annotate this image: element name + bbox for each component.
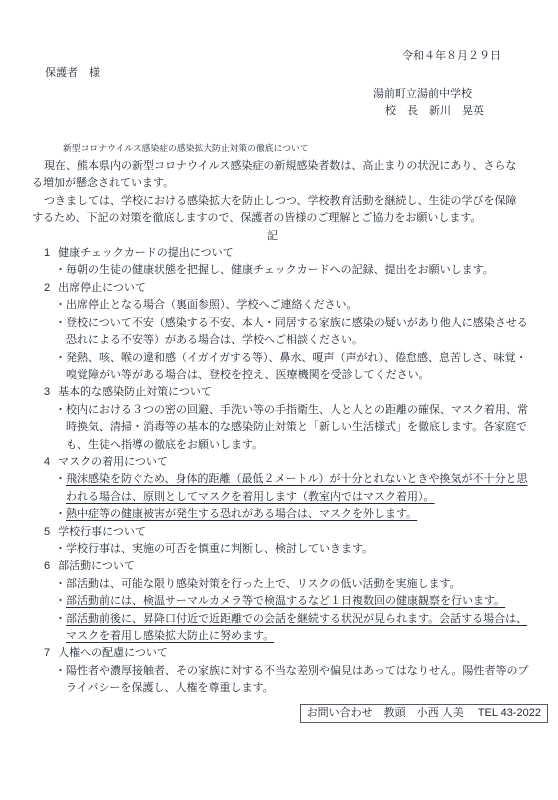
list-number: 5 [44, 526, 50, 538]
principal-name: 校 長 新川 晃英 [385, 103, 558, 120]
bullet-text: 学校行事は、実施の可否を慎重に判断し、検討していきます。 [66, 543, 373, 555]
bullet-marker: ・ [55, 508, 66, 520]
body-line: ・部活動前後に、昇降口付近で近距離での会話を継続する状況が見られます。会話する場… [55, 611, 558, 628]
bullet-text-continuation: われる場合は、原則としてマスクを着用します（教室内ではマスク着用）。 [66, 489, 558, 506]
body-line: 7人権への配慮について [44, 645, 558, 662]
body-line: 1健康チェックカードの提出について [44, 245, 558, 262]
document-title: 新型コロナウイルス感染症の感染拡大防止対策の徹底について [63, 140, 558, 157]
body-line: ・部活動前には、検温サーマルカメラ等で検温するなど１日複数回の健康観察を行います… [55, 593, 558, 610]
paragraph-line: 現在、熊本県内の新型コロナウイルス感染症の新規感染者数は、高止まりの状況にあり、… [44, 158, 558, 175]
body-line: 5学校行事について [44, 524, 558, 541]
document-page: 令和４年８月２９日 保護者 様 湯前町立湯前中学校 校 長 新川 晃英 新型コロ… [0, 0, 558, 800]
bullet-text: 陽性者や濃厚接触者、その家族に対する不当な差別や偏見はあってはなりせん。陽性者等… [66, 665, 529, 677]
section-heading: 人権への配慮について [58, 647, 168, 659]
body-line: ・登校について不安（感染する不安、本人・同居する家族に感染の疑いがあり他人に感染… [55, 315, 558, 332]
bullet-text-continuation: 時換気、清掃・消毒等の基本的な感染防止対策と「新しい生活様式」を徹底します。各家… [66, 419, 558, 436]
bullet-text: 出席停止となる場合（裏面参照）、学校へご連絡ください。 [66, 299, 358, 311]
body-line: ・陽性者や濃厚接触者、その家族に対する不当な差別や偏見はあってはなりせん。陽性者… [55, 663, 558, 680]
list-number: 1 [44, 247, 50, 259]
body-line: 6部活動について [44, 558, 558, 575]
paragraph-line: するため、下記の対策を徹底しますので、保護者の皆様のご理解とご協力をお願いします… [32, 210, 558, 227]
body-line: ・発熱、咳、喉の違和感（イガイガする等）、鼻水、嗄声（声がれ）、倦怠感、息苦しさ… [55, 350, 558, 367]
document-date: 令和４年８月２９日 [402, 48, 558, 65]
bullet-text: 熱中症等の健康被害が発生する恐れがある場合は、マスクを外します。 [66, 508, 417, 520]
body-line: ・部活動は、可能な限り感染対策を行った上で、リスクの低い活動を実施します。 [55, 576, 558, 593]
section-heading: 部活動について [58, 560, 135, 572]
bullet-marker: ・ [55, 473, 66, 485]
body-line: ・校内における３つの密の回避、手洗い等の手指衛生、人と人との距離の確保、マスク着… [55, 402, 558, 419]
bullet-text: 部活動は、可能な限り感染対策を行った上で、リスクの低い活動を実施します。 [66, 578, 461, 590]
bullet-text-continuation: 嗅覚障がい等がある場合は、登校を控え、医療機関を受診してください。 [66, 367, 558, 384]
bullet-text-continuation: マスクを着用し感染拡大防止に努めます。 [66, 628, 558, 645]
section-heading: 基本的な感染防止対策について [58, 386, 212, 398]
bullet-text: 飛沫感染を防ぐため、身体的距離（最低２メートル）が十分とれないときや換気が不十分… [66, 473, 528, 485]
bullet-text-continuation: 恐れによる不安等）がある場合は、学校へご相談ください。 [66, 332, 558, 349]
bullet-marker: ・ [55, 595, 66, 607]
list-number: 2 [44, 282, 50, 294]
bullet-marker: ・ [55, 317, 66, 329]
bullet-text: 部活動前には、検温サーマルカメラ等で検温するなど１日複数回の健康観察を行います。 [66, 595, 505, 607]
recipient-line: 保護者 様 [45, 65, 558, 82]
list-number: 7 [44, 647, 50, 659]
body-line: 4マスクの着用について [44, 454, 558, 471]
bullet-text: 部活動前後に、昇降口付近で近距離での会話を継続する状況が見られます。会話する場合… [66, 613, 527, 625]
bullet-text: 発熱、咳、喉の違和感（イガイガする等）、鼻水、嗄声（声がれ）、倦怠感、息苦しさ、… [66, 352, 527, 364]
body-line: ・毎朝の生徒の健康状態を把握し、健康チェックカードへの記録、提出をお願いします。 [55, 262, 558, 279]
list-number: 4 [44, 456, 50, 468]
body-line: ・学校行事は、実施の可否を慎重に判断し、検討していきます。 [55, 541, 558, 558]
bullet-marker: ・ [55, 578, 66, 590]
document-body: 現在、熊本県内の新型コロナウイルス感染症の新規感染者数は、高止まりの状況にあり、… [0, 158, 558, 698]
bullet-marker: ・ [55, 299, 66, 311]
bullet-text: 毎朝の生徒の健康状態を把握し、健康チェックカードへの記録、提出をお願いします。 [66, 264, 494, 276]
bullet-text-continuation: ライバシーを保護し、人権を尊重します。 [66, 680, 558, 697]
bullet-marker: ・ [55, 264, 66, 276]
document-header: 令和４年８月２９日 保護者 様 湯前町立湯前中学校 校 長 新川 晃英 [0, 0, 558, 121]
section-heading: 出席停止について [58, 282, 146, 294]
bullet-text: 登校について不安（感染する不安、本人・同居する家族に感染の疑いがあり他人に感染さ… [66, 317, 528, 329]
paragraph-line: る増加が懸念されています。 [32, 175, 558, 192]
body-line: 3基本的な感染防止対策について [44, 384, 558, 401]
body-line: ・飛沫感染を防ぐため、身体的距離（最低２メートル）が十分とれないときや換気が不十… [55, 471, 558, 488]
paragraph-line: つきましては、学校における感染拡大を防止しつつ、学校教育活動を継続し、生徒の学び… [44, 193, 558, 210]
bullet-text-continuation: も、生徒へ指導の徹底をお願いします。 [66, 437, 558, 454]
list-number: 3 [44, 386, 50, 398]
section-heading: マスクの着用について [58, 456, 168, 468]
list-number: 6 [44, 560, 50, 572]
school-name: 湯前町立湯前中学校 [373, 86, 558, 103]
contact-row: お問い合わせ 教頭 小西 人美 TEL 43-2022 [0, 704, 558, 724]
record-mark: 記 [0, 228, 545, 245]
bullet-text: 校内における３つの密の回避、手洗い等の手指衛生、人と人との距離の確保、マスク着用… [66, 404, 528, 416]
body-line: 2出席停止について [44, 280, 558, 297]
body-line: ・熱中症等の健康被害が発生する恐れがある場合は、マスクを外します。 [55, 506, 558, 523]
bullet-marker: ・ [55, 404, 66, 416]
section-heading: 学校行事について [58, 526, 146, 538]
body-line: ・出席停止となる場合（裏面参照）、学校へご連絡ください。 [55, 297, 558, 314]
bullet-marker: ・ [55, 352, 66, 364]
contact-box: お問い合わせ 教頭 小西 人美 TEL 43-2022 [300, 704, 548, 724]
section-heading: 健康チェックカードの提出について [58, 247, 233, 259]
bullet-marker: ・ [55, 665, 66, 677]
bullet-marker: ・ [55, 613, 66, 625]
bullet-marker: ・ [55, 543, 66, 555]
